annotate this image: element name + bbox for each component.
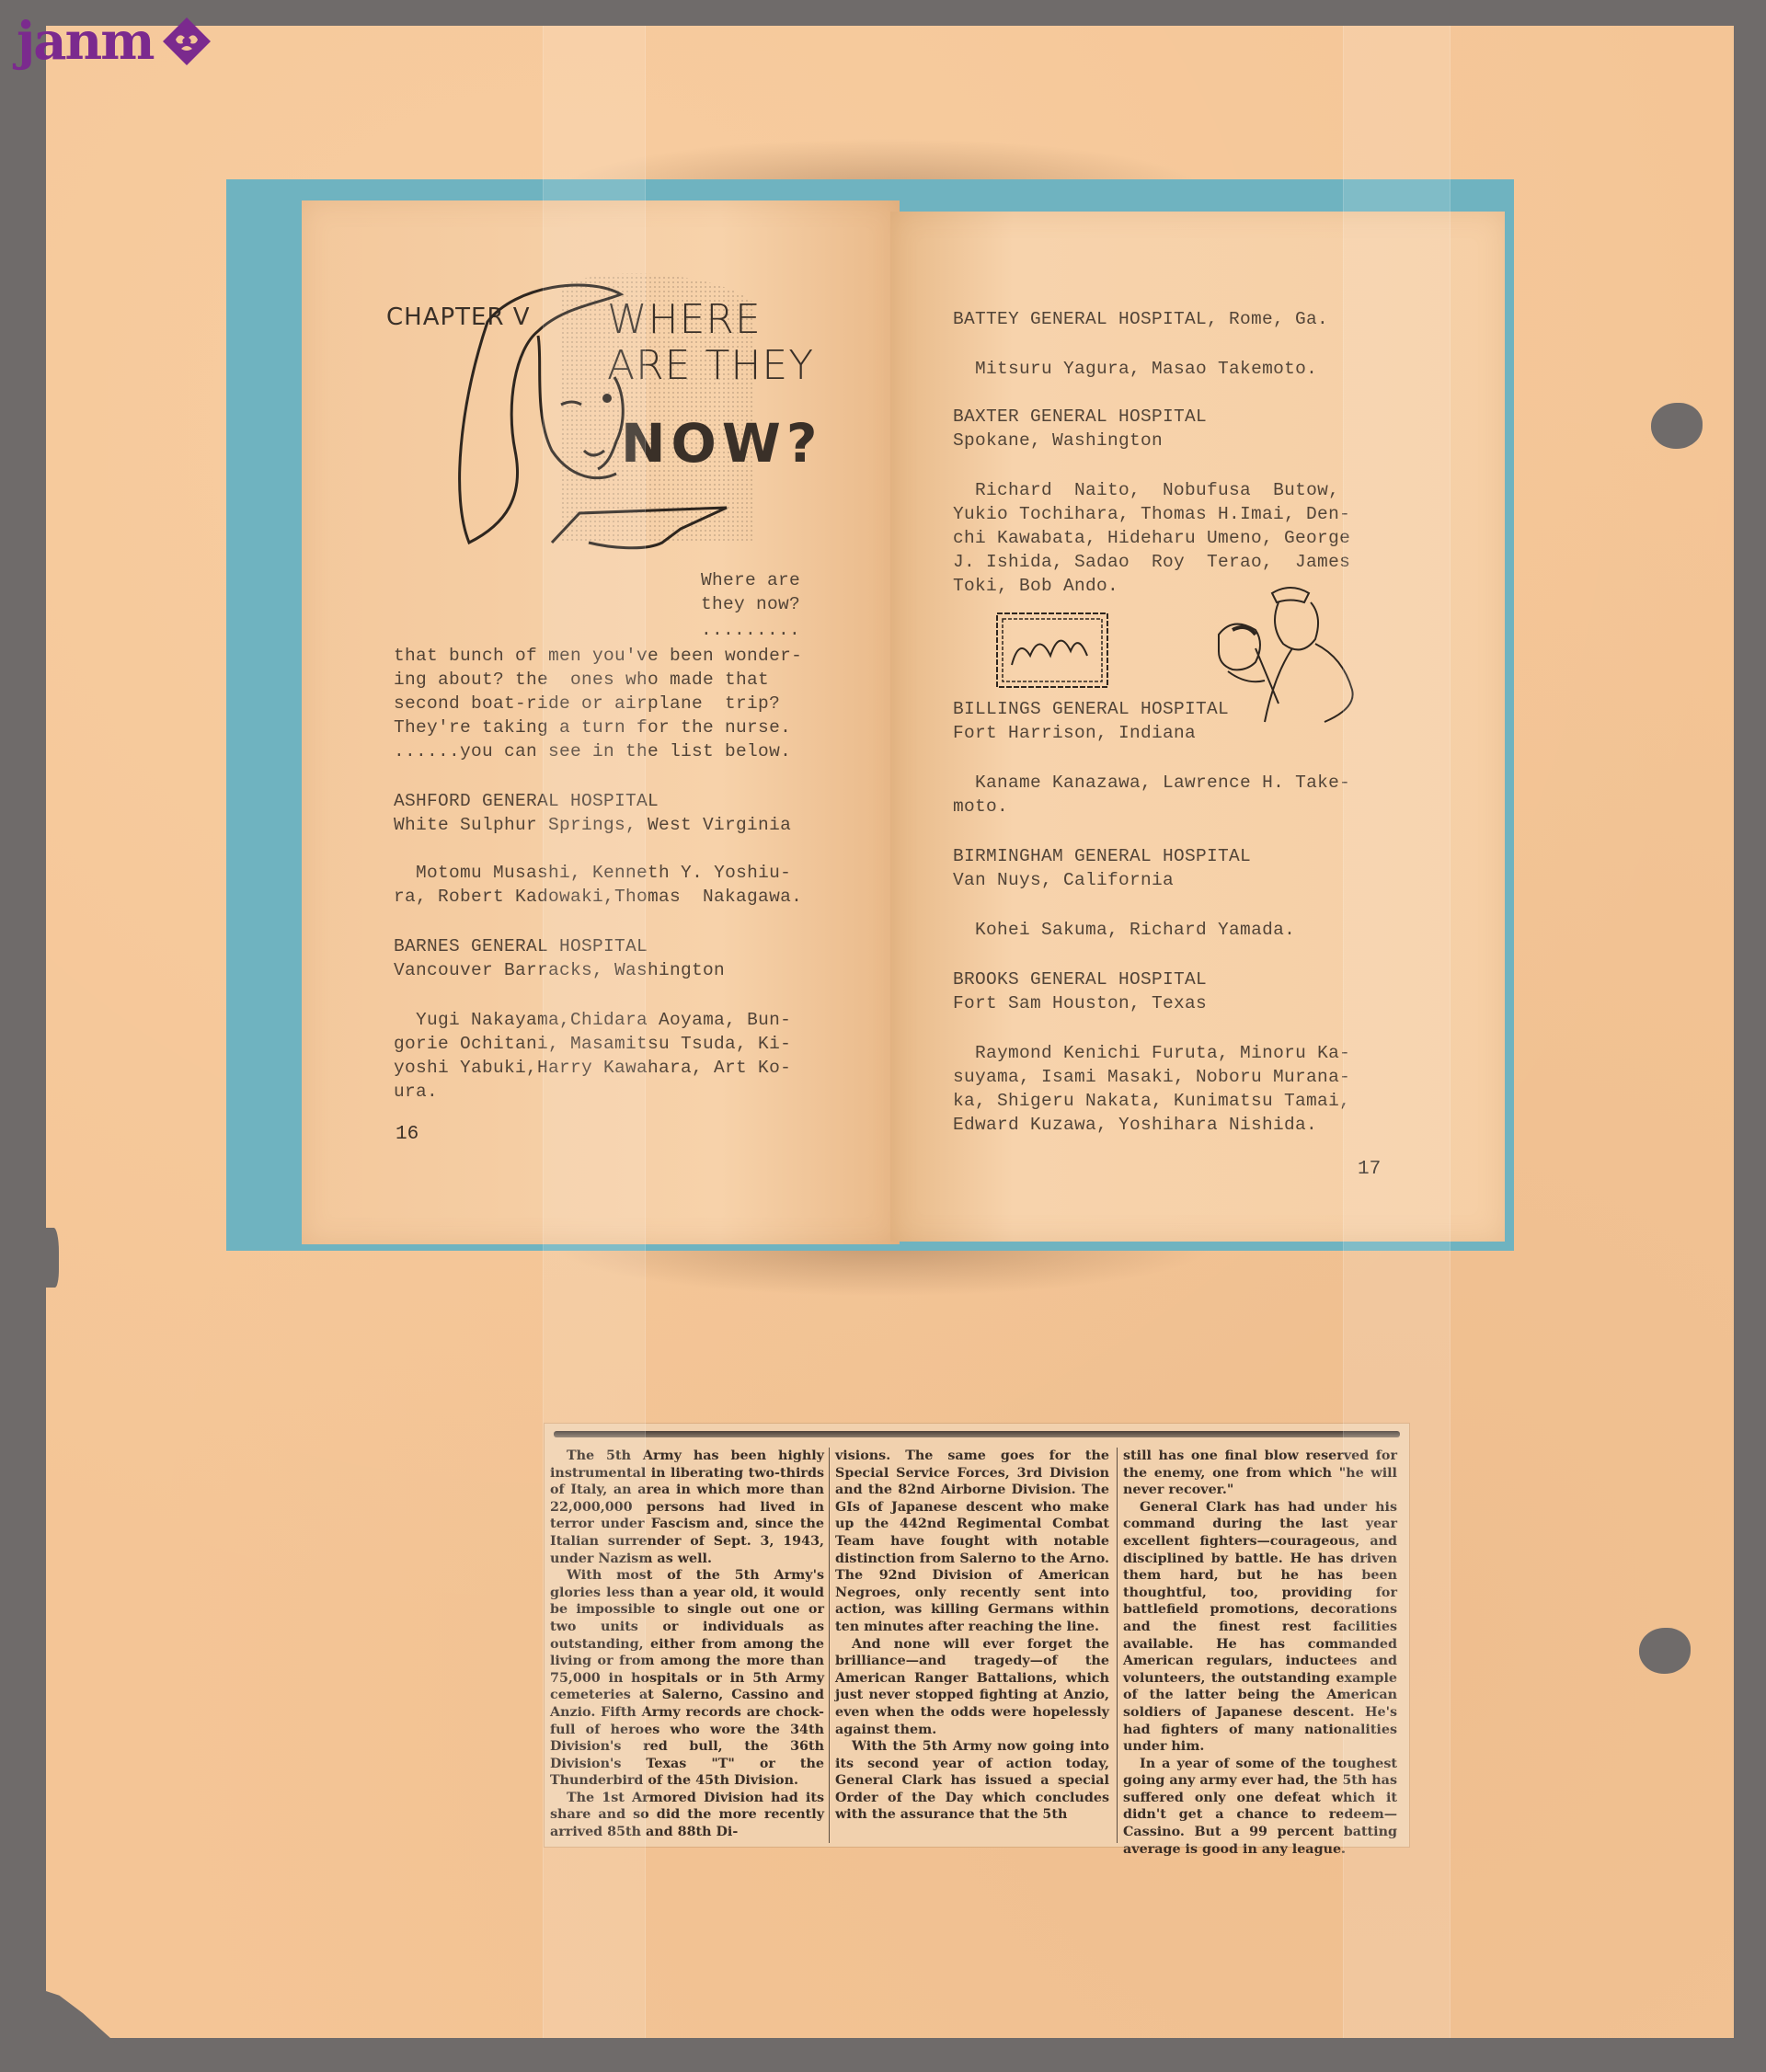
tape-strip [1343, 26, 1451, 2038]
logo-text: janm [17, 16, 154, 67]
patient-list: Kohei Sakuma, Richard Yamada. [953, 918, 1295, 942]
subtitle-line: they now? [701, 592, 800, 616]
janm-crest-diamond-icon [159, 14, 214, 69]
punch-hole [1651, 403, 1703, 449]
hospital-name: BILLINGS GENERAL HOSPITAL [953, 697, 1229, 721]
page-number: 16 [396, 1124, 419, 1145]
hospital-location: Fort Sam Houston, Texas [953, 991, 1207, 1015]
newspaper-clipping: The 5th Army has been highly instrumenta… [545, 1424, 1409, 1847]
patient-list: Mitsuru Yagura, Masao Takemoto. [953, 357, 1317, 381]
subtitle-line: Where are [701, 568, 800, 592]
title-line-3: NOW? [621, 412, 822, 475]
patient-list: Kaname Kanazawa, Lawrence H. Take- moto. [953, 771, 1350, 818]
paragraph: visions. The same goes for the Special S… [835, 1448, 1109, 1636]
hospital-name: BAXTER GENERAL HOSPITAL [953, 405, 1207, 429]
subtitle-dots: ......... [701, 618, 800, 642]
hospital-name: BROOKS GENERAL HOSPITAL [953, 967, 1207, 991]
hospital-name: BIRMINGHAM GENERAL HOSPITAL [953, 844, 1251, 868]
punch-hole [1639, 1628, 1691, 1674]
column-divider [829, 1448, 830, 1843]
patient-list: Raymond Kenichi Furuta, Minoru Ka- suyam… [953, 1041, 1350, 1137]
paragraph: With the 5th Army now going into its sec… [835, 1738, 1109, 1824]
hospital-name: BATTEY GENERAL HOSPITAL, Rome, Ga. [953, 307, 1328, 331]
hospital-location: Fort Harrison, Indiana [953, 721, 1196, 745]
column-divider [1117, 1448, 1118, 1843]
hospital-location: Spokane, Washington [953, 429, 1163, 452]
hospital-location: Van Nuys, California [953, 868, 1174, 892]
clipping-column-2: visions. The same goes for the Special S… [835, 1448, 1109, 1824]
tape-strip [543, 26, 646, 2038]
paragraph: And none will ever forget the brilliance… [835, 1636, 1109, 1739]
patient-list: Richard Naito, Nobufusa Butow, Yukio Toc… [953, 478, 1350, 598]
clipping-rule [554, 1431, 1400, 1437]
torn-edge [46, 1228, 59, 1288]
framed-picture-illustration [993, 610, 1113, 693]
janm-logo[interactable]: janm [17, 9, 214, 74]
